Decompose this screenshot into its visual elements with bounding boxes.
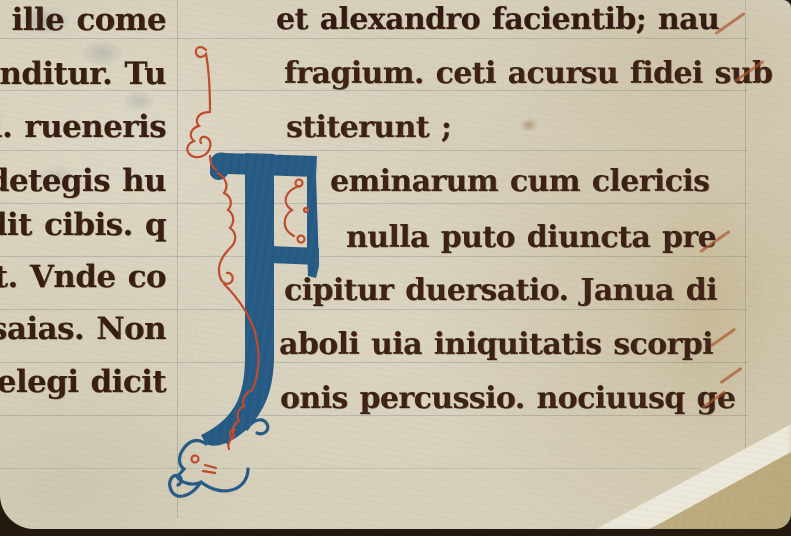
text-line: nulla puto diuncta pre <box>346 220 716 256</box>
ruling-line <box>0 203 748 204</box>
text-line: et alexandro facientib; nau <box>276 2 719 38</box>
manuscript-page: ib; ille come nditur. Tu l. rueneris o d… <box>0 0 791 529</box>
text-line: rt. Vnde co <box>0 259 166 295</box>
text-line: nditur. Tu <box>0 56 166 92</box>
stain <box>520 118 538 132</box>
text-line: aboli uia iniquitatis scorpi <box>279 327 713 363</box>
photo-backdrop: { "manuscript": { "description": "Mediev… <box>0 0 791 536</box>
text-line: cipitur duersatio. Janua di <box>284 273 717 309</box>
line-filler-stroke <box>710 328 736 348</box>
illuminated-initial-F <box>168 40 328 520</box>
ruling-line <box>0 150 748 151</box>
text-line: onis percussio. nociuusq ge <box>280 381 735 417</box>
text-line: a elegi dicit <box>0 364 166 400</box>
text-line: lit cibis. q <box>0 207 166 243</box>
ruling-line <box>0 256 748 257</box>
text-line: ib; ille come <box>0 2 166 38</box>
ruling-line <box>0 468 700 469</box>
text-line: eminarum cum clericis <box>330 164 709 200</box>
text-line: saias. Non <box>0 311 166 347</box>
text-line: l. rueneris <box>0 109 166 145</box>
text-line: fragium. ceti acursu fidei sub <box>284 56 772 92</box>
ruling-line <box>0 309 748 310</box>
text-line: o detegis hu <box>0 163 166 199</box>
ruling-line <box>0 38 748 39</box>
